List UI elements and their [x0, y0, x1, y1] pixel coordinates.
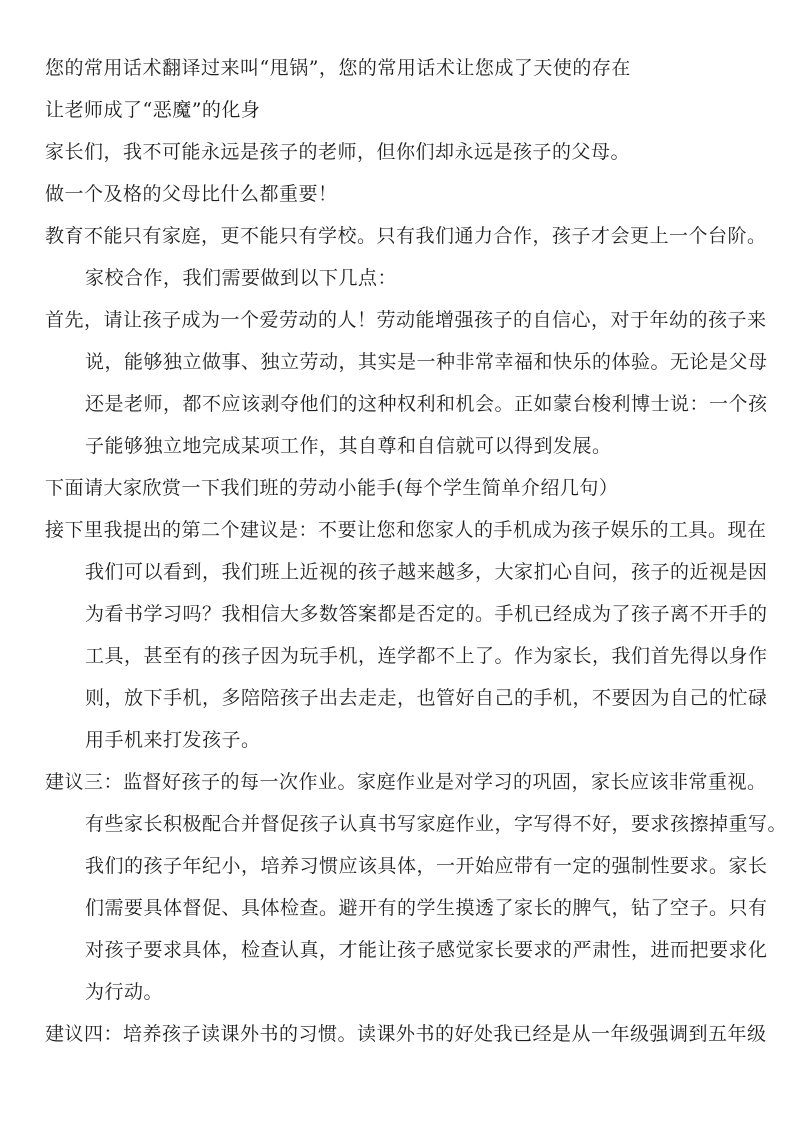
paragraph: 做一个及格的父母比什么都重要！ — [45, 173, 750, 215]
paragraph: 家长们，我不可能永远是孩子的老师，但你们却永远是孩子的父母。 — [45, 131, 750, 173]
text-line: 教育不能只有家庭，更不能只有学校。只有我们通力合作，孩子才会更上一个台阶。 — [45, 215, 750, 257]
text-line: 对孩子要求具体，检查认真，才能让孩子感觉家长要求的严肃性，进而把要求化 — [45, 929, 750, 971]
text-line: 工具，甚至有的孩子因为玩手机，连学都不上了。作为家长，我们首先得以身作 — [45, 635, 750, 677]
text-line: 们需要具体督促、具体检查。避开有的学生摸透了家长的脾气，钻了空子。只有 — [45, 887, 750, 929]
paragraph: 建议三：监督好孩子的每一次作业。家庭作业是对学习的巩固，家长应该非常重视。有些家… — [45, 761, 750, 1013]
text-line: 为行动。 — [45, 971, 750, 1013]
paragraph: 您的常用话术翻译过来叫“甩锅”，您的常用话术让您成了天使的存在 — [45, 47, 750, 89]
paragraph: 建议四：培养孩子读课外书的习惯。读课外书的好处我已经是从一年级强调到五年级 — [45, 1013, 750, 1055]
paragraph: 接下里我提出的第二个建议是：不要让您和您家人的手机成为孩子娱乐的工具。现在我们可… — [45, 509, 750, 761]
paragraph: 家校合作，我们需要做到以下几点： — [45, 257, 750, 299]
text-line: 则，放下手机，多陪陪孩子出去走走，也管好自己的手机，不要因为自己的忙碌 — [45, 677, 750, 719]
text-line: 子能够独立地完成某项工作，其自尊和自信就可以得到发展。 — [45, 425, 750, 467]
text-line: 下面请大家欣赏一下我们班的劳动小能手(每个学生简单介绍几句） — [45, 467, 750, 509]
text-line: 有些家长积极配合并督促孩子认真书写家庭作业，字写得不好，要求孩擦掉重写。 — [45, 803, 750, 845]
text-line: 我们可以看到，我们班上近视的孩子越来越多，大家扪心自问，孩子的近视是因 — [45, 551, 750, 593]
text-line: 还是老师，都不应该剥夺他们的这种权利和机会。正如蒙台梭利博士说：一个孩 — [45, 383, 750, 425]
text-line: 您的常用话术翻译过来叫“甩锅”，您的常用话术让您成了天使的存在 — [45, 47, 750, 89]
paragraph: 首先，请让孩子成为一个爱劳动的人！劳动能增强孩子的自信心，对于年幼的孩子来说，能… — [45, 299, 750, 467]
text-line: 为看书学习吗？我相信大多数答案都是否定的。手机已经成为了孩子离不开手的 — [45, 593, 750, 635]
text-line: 用手机来打发孩子。 — [45, 719, 750, 761]
document-page: 您的常用话术翻译过来叫“甩锅”，您的常用话术让您成了天使的存在让老师成了“恶魔”… — [0, 0, 793, 1122]
text-line: 做一个及格的父母比什么都重要！ — [45, 173, 750, 215]
text-line: 说，能够独立做事、独立劳动，其实是一种非常幸福和快乐的体验。无论是父母 — [45, 341, 750, 383]
text-line: 我们的孩子年纪小，培养习惯应该具体，一开始应带有一定的强制性要求。家长 — [45, 845, 750, 887]
paragraph: 下面请大家欣赏一下我们班的劳动小能手(每个学生简单介绍几句） — [45, 467, 750, 509]
paragraph: 教育不能只有家庭，更不能只有学校。只有我们通力合作，孩子才会更上一个台阶。 — [45, 215, 750, 257]
document-body: 您的常用话术翻译过来叫“甩锅”，您的常用话术让您成了天使的存在让老师成了“恶魔”… — [45, 47, 750, 1055]
text-line: 首先，请让孩子成为一个爱劳动的人！劳动能增强孩子的自信心，对于年幼的孩子来 — [45, 299, 750, 341]
paragraph: 让老师成了“恶魔”的化身 — [45, 89, 750, 131]
text-line: 家校合作，我们需要做到以下几点： — [45, 257, 750, 299]
text-line: 家长们，我不可能永远是孩子的老师，但你们却永远是孩子的父母。 — [45, 131, 750, 173]
text-line: 让老师成了“恶魔”的化身 — [45, 89, 750, 131]
text-line: 建议四：培养孩子读课外书的习惯。读课外书的好处我已经是从一年级强调到五年级 — [45, 1013, 750, 1055]
text-line: 建议三：监督好孩子的每一次作业。家庭作业是对学习的巩固，家长应该非常重视。 — [45, 761, 750, 803]
text-line: 接下里我提出的第二个建议是：不要让您和您家人的手机成为孩子娱乐的工具。现在 — [45, 509, 750, 551]
